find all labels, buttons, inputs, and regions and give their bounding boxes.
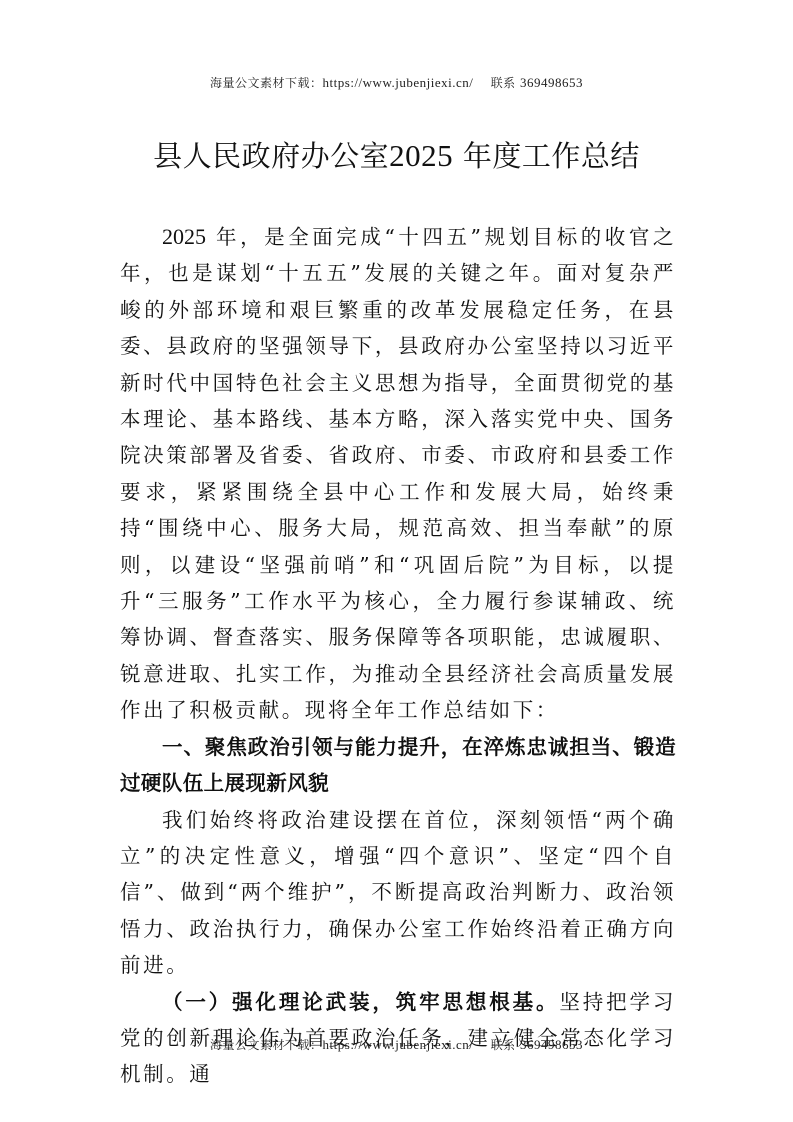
document-title: 县人民政府办公室2025 年度工作总结 (0, 134, 793, 175)
section1-heading: 一、聚焦政治引领与能力提升，在淬炼忠诚担当、锻造过硬队伍上展现新风貌 (120, 729, 676, 802)
header-url[interactable]: https://www.jubenjiexi.cn/ (323, 75, 474, 90)
footer-url[interactable]: https://www.jubenjiexi.cn/ (323, 1037, 474, 1052)
footer-label: 海量公文素材下载： (210, 1038, 323, 1052)
title-prefix: 县人民政府办公室 (153, 139, 389, 173)
header-contact-number: 369498653 (520, 75, 583, 90)
title-suffix: 年度工作总结 (463, 139, 640, 173)
footer-contact-number: 369498653 (520, 1037, 583, 1052)
page-footer: 海量公文素材下载：https://www.jubenjiexi.cn/ 联系 3… (0, 1036, 793, 1053)
header-label: 海量公文素材下载： (210, 76, 323, 90)
intro-year: 2025 (162, 224, 206, 249)
title-space (453, 139, 463, 173)
page-header: 海量公文素材下载：https://www.jubenjiexi.cn/ 联系 3… (0, 74, 793, 91)
document-body: 2025 年，是全面完成“十四五”规划目标的收官之年，也是谋划“十五五”发展的关… (120, 219, 676, 1093)
intro-paragraph: 2025 年，是全面完成“十四五”规划目标的收官之年，也是谋划“十五五”发展的关… (120, 219, 676, 729)
header-contact-label: 联系 (491, 76, 516, 90)
title-year: 2025 (389, 138, 453, 173)
intro-text: 年，是全面完成“十四五”规划目标的收官之年，也是谋划“十五五”发展的关键之年。面… (120, 225, 676, 722)
section1-paragraph: 我们始终将政治建设摆在首位，深刻领悟“两个确立”的决定性意义，增强“四个意识”、… (120, 802, 676, 984)
footer-contact-label: 联系 (491, 1038, 516, 1052)
subsection1-heading: （一）强化理论武装，筑牢思想根基。 (162, 990, 559, 1014)
